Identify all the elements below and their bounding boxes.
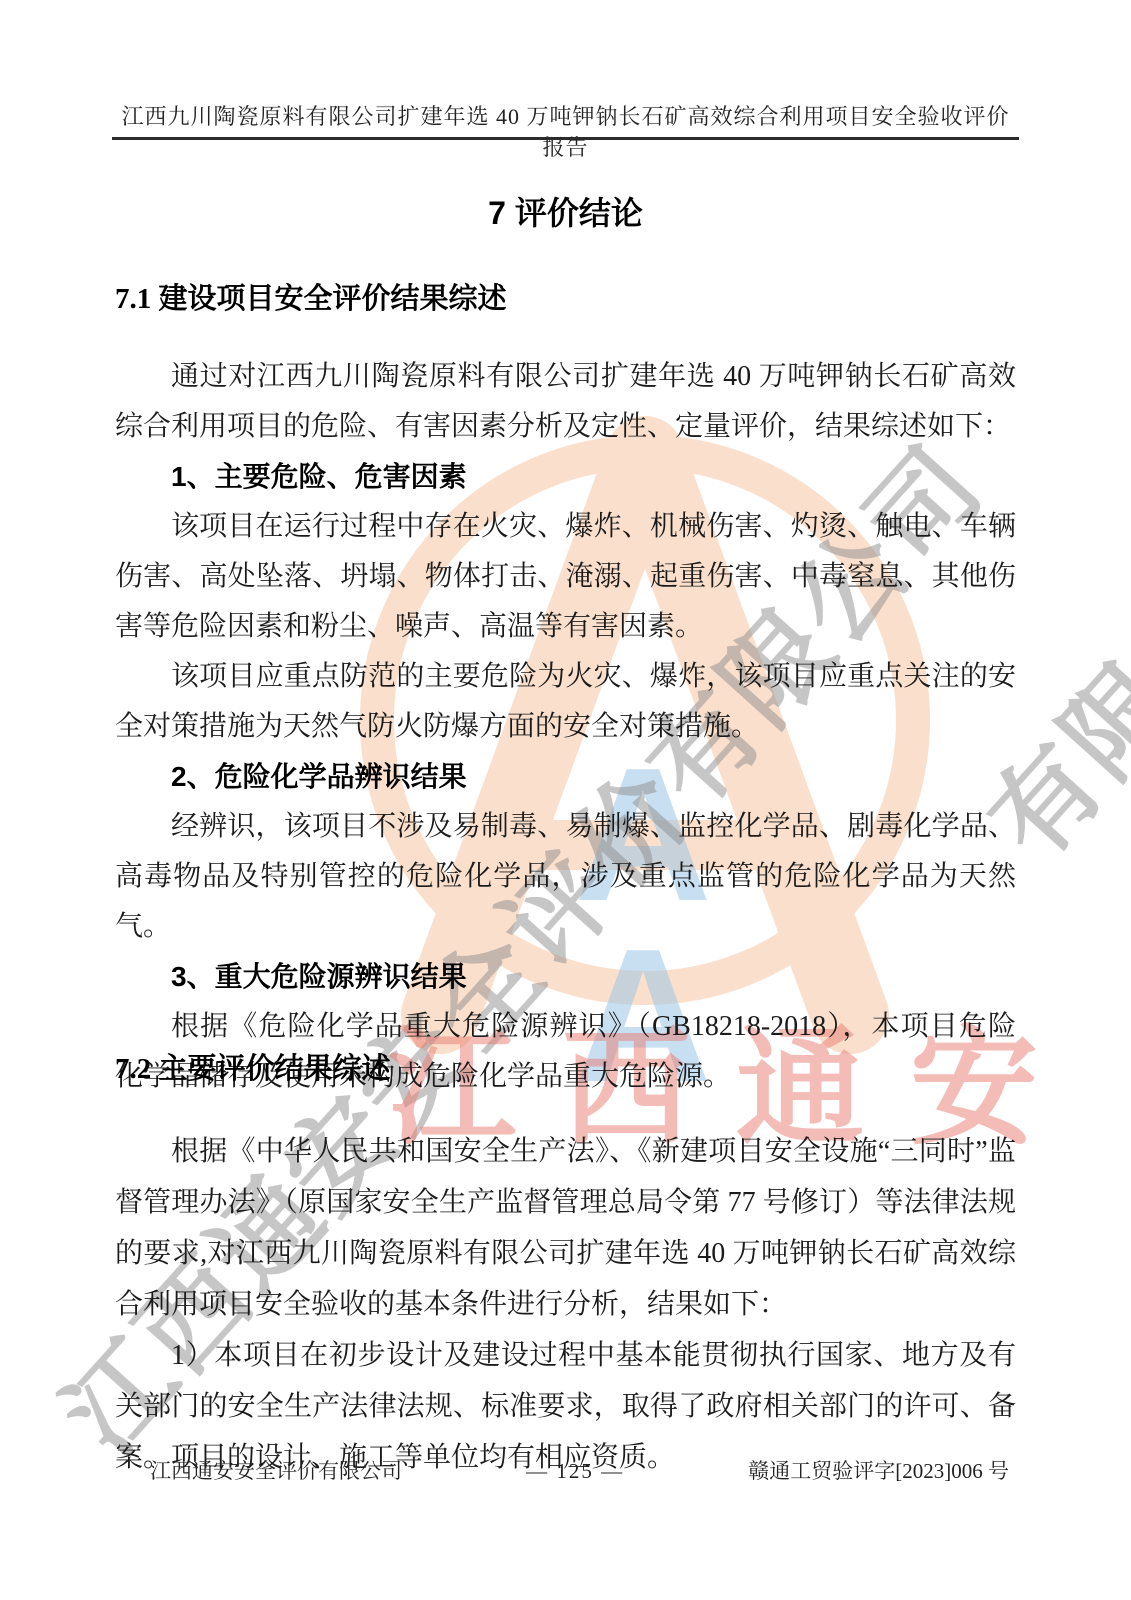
item-3-heading: 3、重大危险源辨识结果 xyxy=(115,952,1016,1002)
paragraph-intro: 通过对江西九川陶瓷原料有限公司扩建年选 40 万吨钾钠长石矿高效综合利用项目的危… xyxy=(115,352,1016,452)
item-2-paragraph-1: 经辨识，该项目不涉及易制毒、易制爆、监控化学品、剧毒化学品、高毒物品及特别管控的… xyxy=(115,802,1016,952)
item-1-paragraph-1: 该项目在运行过程中存在火灾、爆炸、机械伤害、灼烫、触电、车辆伤害、高处坠落、坍塌… xyxy=(115,502,1016,652)
chapter-title: 7 评价结论 xyxy=(0,188,1131,234)
footer-company: 江西通安安全评价有限公司 xyxy=(150,1455,402,1485)
item-1-paragraph-2: 该项目应重点防范的主要危险为火灾、爆炸，该项目应重点关注的安全对策措施为天然气防… xyxy=(115,652,1016,752)
paragraph-legal-basis: 根据《中华人民共和国安全生产法》、《新建项目安全设施“三同时”监督管理办法》（原… xyxy=(115,1126,1016,1330)
page-footer: 江西通安安全评价有限公司 — 125 — 赣通工贸验评字[2023]006 号 xyxy=(112,1455,1019,1485)
item-2-heading: 2、危险化学品辨识结果 xyxy=(115,752,1016,802)
footer-doc-number: 赣通工贸验评字[2023]006 号 xyxy=(748,1455,1009,1485)
section-7-2-heading: 7.2 主要评价结果综述 xyxy=(115,1046,1016,1087)
section-7-1-heading: 7.1 建设项目安全评价结果综述 xyxy=(115,276,1016,317)
document-page: A A 江西通安安全评价有限公司 有限公司 江西通安 江西九川陶瓷原料有限公司扩… xyxy=(0,0,1131,1600)
running-header: 江西九川陶瓷原料有限公司扩建年选 40 万吨钾钠长石矿高效综合利用项目安全验收评… xyxy=(112,100,1019,162)
item-1-heading: 1、主要危险、危害因素 xyxy=(115,452,1016,502)
footer-page-number: — 125 — xyxy=(526,1459,624,1484)
section-7-1-body: 通过对江西九川陶瓷原料有限公司扩建年选 40 万吨钾钠长石矿高效综合利用项目的危… xyxy=(115,352,1016,1102)
section-7-2-body: 根据《中华人民共和国安全生产法》、《新建项目安全设施“三同时”监督管理办法》（原… xyxy=(115,1126,1016,1483)
header-rule xyxy=(112,137,1019,140)
